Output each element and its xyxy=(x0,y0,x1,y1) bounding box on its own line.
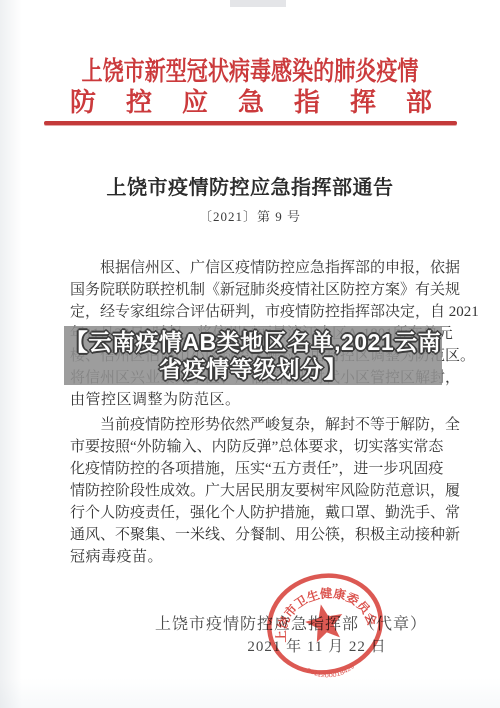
body-line: 定，经专家组综合评估研判，市疫情防控指挥部决定，自 2021 xyxy=(70,301,430,323)
scan-shadow-left xyxy=(0,0,22,708)
caption-line1: 【云南疫情AB类地区名单,2021云南 xyxy=(65,329,441,356)
notice-title: 上饶市疫情防控应急指挥部通告 xyxy=(0,171,500,200)
notice-doc-number: 〔2021〕第 9 号 xyxy=(0,206,500,225)
letterhead-org-name-line2: 防控应急指挥部 xyxy=(70,82,490,119)
body-line: 市要按照“外防输入、内防反弹”总体要求，切实落实常态 xyxy=(70,436,430,458)
body-line: 情防控阶段性成效。广大居民朋友要树牢风险防范意识，履 xyxy=(70,480,430,502)
seal-star-icon xyxy=(302,600,347,643)
caption-line2: 省疫情等级划分】 xyxy=(159,356,347,383)
video-caption-overlay: 【云南疫情AB类地区名单,2021云南 省疫情等级划分】 xyxy=(64,326,442,385)
notice-body: 根据信州区、广信区疫情防控应急指挥部的申报，依据 国务院联防联控机制《新冠肺炎疫… xyxy=(70,257,430,568)
body-line: 通风、不聚集、一米线、分餐制、用公筷，积极主动接种新 xyxy=(70,524,430,546)
scan-shadow-bottom xyxy=(0,678,500,708)
body-line: 由管控区调整为防范区。 xyxy=(70,389,430,411)
scan-artifact xyxy=(230,0,286,7)
body-line: 根据信州区、广信区疫情防控应急指挥部的申报，依据 xyxy=(70,257,430,279)
body-line: 行个人防疫责任，强化个人防护措施，戴口罩、勤洗手、常 xyxy=(70,502,430,524)
body-line: 当前疫情防控形势依然严峻复杂，解封不等于解防，全 xyxy=(70,414,430,436)
body-line: 化疫情防控的各项措施，压实“五方责任”，进一步巩固疫 xyxy=(70,458,430,480)
official-seal: 上饶市卫生健康委员会 3611200018429 xyxy=(252,563,398,685)
body-line: 国务院联防联控机制《新冠肺炎疫情社区防控方案》有关规 xyxy=(70,279,430,301)
letterhead-divider-rule xyxy=(44,121,457,125)
document-page: 上饶市新型冠状病毒感染的肺炎疫情 防控应急指挥部 上饶市疫情防控应急指挥部通告 … xyxy=(0,0,500,708)
